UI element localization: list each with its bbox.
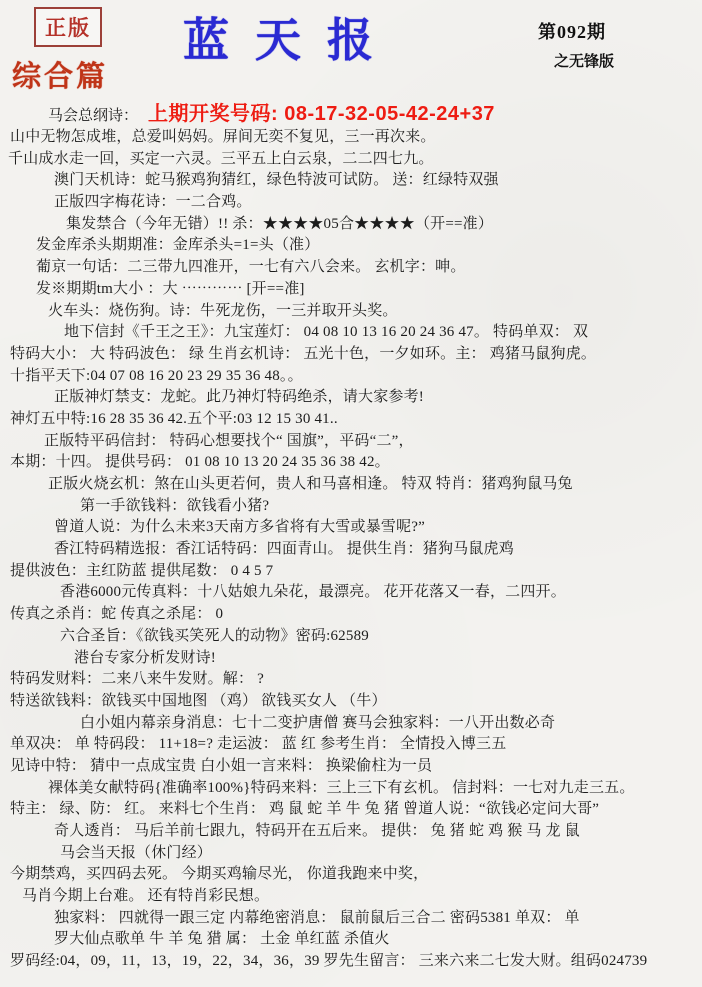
line-text: 正版特平码信封： 特码心想要找个“ 国旗”，平码“二”，	[44, 433, 414, 449]
line-text: 发※期期tm大小 ：大 ⋯⋯⋯⋯ [开==准]	[36, 281, 305, 297]
text-line: 独家料： 四就得一跟三定 内幕绝密消息： 鼠前鼠后三合二 密码5381 单双： …	[8, 908, 698, 930]
line-text: 白小姐内幕亲身消息：七十二变护唐僧 赛马会独家料：一八开出数必奇	[80, 715, 555, 731]
text-line: 神灯五中特:16 28 35 36 42.五个平:03 12 15 30 41.…	[8, 409, 698, 431]
text-line: 香港6000元传真料：十八姑娘九朵花，最漂亮。 花开花落又一春，二四开。	[8, 582, 698, 604]
line-text: 特码发财料：二来八来牛发财。解： ?	[10, 671, 264, 687]
text-line: 十指平天下:04 07 08 16 20 23 29 35 36 48。。	[8, 366, 698, 388]
text-line: 曾道人说：为什么未来3天南方多省将有大雪或暴雪呢?”	[8, 517, 698, 539]
text-line: 今期禁鸡，买四码去死。 今期买鸡输尽光， 你道我跑来中奖，	[8, 864, 698, 886]
opening-line: 马会总纲诗： 上期开奖号码: 08-17-32-05-42-24+37	[8, 97, 698, 127]
line-text: 裸体美女献特码{准确率100%}特码来料：三上三下有玄机。 信封料：一七对九走三…	[48, 780, 635, 796]
line-text: 本期：十四。 提供号码： 01 08 10 13 20 24 35 36 38 …	[10, 454, 390, 470]
line-text: 罗大仙点歌单 牛 羊 兔 猎 属： 土金 单红蓝 杀值火	[54, 931, 390, 947]
text-line: 裸体美女献特码{准确率100%}特码来料：三上三下有玄机。 信封料：一七对九走三…	[8, 778, 698, 800]
line-text: 港台专家分析发财诗!	[74, 650, 216, 666]
line-text: 第一手欲钱料：欲钱看小猪?	[80, 498, 269, 514]
line-text: 香港6000元传真料：十八姑娘九朵花，最漂亮。 花开花落又一春，二四开。	[60, 584, 566, 600]
text-line: 正版四字梅花诗：一二合鸡。	[8, 192, 698, 214]
line-text: 澳门天机诗：蛇马猴鸡狗猜红，绿色特波可试防。 送：红绿特双强	[54, 172, 499, 188]
line-text: 马会当天报（休门经）	[60, 845, 212, 861]
text-line: 特送欲钱料：欲钱买中国地图 （鸡） 欲钱买女人 （牛）	[8, 691, 698, 713]
text-line: 传真之杀肖：蛇 传真之杀尾： 0	[8, 604, 698, 626]
text-line: 提供波色：主红防蓝 提供尾数： 0 4 5 7	[8, 561, 698, 583]
issue-number: 第092期	[538, 18, 614, 44]
line-text: 香江特码精选报：香江话特码：四面青山。 提供生肖：猪狗马鼠虎鸡	[54, 541, 514, 557]
text-line: 千山成水走一回，买定一六灵。三平五上白云泉，二二四七九。	[8, 149, 698, 171]
text-line: 罗大仙点歌单 牛 羊 兔 猎 属： 土金 单红蓝 杀值火	[8, 929, 698, 951]
text-line: 特码大小： 大 特码波色： 绿 生肖玄机诗： 五光十色，一夕如环。主： 鸡猪马鼠…	[8, 344, 698, 366]
line-text: 山中无物怎成堆，总爱叫妈妈。屏间无奕不复见，三一再次来。	[10, 129, 436, 145]
line-text: 地下信封《千王之王》：九宝莲灯： 04 08 10 13 16 20 24 36…	[64, 324, 588, 340]
text-line: 白小姐内幕亲身消息：七十二变护唐僧 赛马会独家料：一八开出数必奇	[8, 713, 698, 735]
line-text: 千山成水走一回，买定一六灵。三平五上白云泉，二二四七九。	[8, 151, 434, 167]
line-text: 特码大小： 大 特码波色： 绿 生肖玄机诗： 五光十色，一夕如环。主： 鸡猪马鼠…	[10, 346, 596, 362]
line-text: 十指平天下:04 07 08 16 20 23 29 35 36 48。。	[10, 368, 303, 384]
text-line: 发金库杀头期期准：金库杀头=1=头（准）	[8, 235, 698, 257]
line-text: 正版四字梅花诗：一二合鸡。	[54, 194, 252, 210]
body-lines: 马会总纲诗： 上期开奖号码: 08-17-32-05-42-24+37 山中无物…	[8, 97, 698, 973]
line-text: 火车头：烧伤狗。诗：牛死龙伤，一三并取开头奖。	[48, 303, 398, 319]
line-text: 特主： 绿、防： 红。 来料七个生肖： 鸡 鼠 蛇 羊 牛 兔 猪 曾道人说：“…	[10, 801, 599, 817]
opening-label: 马会总纲诗：	[48, 104, 138, 125]
line-text: 独家料： 四就得一跟三定 内幕绝密消息： 鼠前鼠后三合二 密码5381 单双： …	[54, 910, 580, 926]
line-text: 罗码经:04，09，11，13，19，22，34，36，39 罗先生留言： 三来…	[10, 953, 647, 969]
line-text: 提供波色：主红防蓝 提供尾数： 0 4 5 7	[10, 563, 273, 579]
text-line: 正版神灯禁支：龙蛇。此乃神灯特码绝杀，请大家参考!	[8, 387, 698, 409]
last-draw-numbers: 上期开奖号码: 08-17-32-05-42-24+37	[148, 97, 495, 126]
line-text: 集发禁合（今年无错）!! 杀：★★★★05合★★★★（开==准）	[66, 216, 493, 232]
text-line: 见诗中特： 猜中一点成宝贵 白小姐一言来料： 换梁偷柱为一员	[8, 756, 698, 778]
text-line: 六合圣旨：《欲钱买笑死人的动物》密码:62589	[8, 626, 698, 648]
text-line: 奇人透肖： 马后羊前七跟九，特码开在五后来。 提供： 兔 猪 蛇 鸡 猴 马 龙…	[8, 821, 698, 843]
line-text: 神灯五中特:16 28 35 36 42.五个平:03 12 15 30 41.…	[10, 411, 338, 427]
text-line: 本期：十四。 提供号码： 01 08 10 13 20 24 35 36 38 …	[8, 452, 698, 474]
text-line: 澳门天机诗：蛇马猴鸡狗猜红，绿色特波可试防。 送：红绿特双强	[8, 170, 698, 192]
text-line: 香江特码精选报：香江话特码：四面青山。 提供生肖：猪狗马鼠虎鸡	[8, 539, 698, 561]
line-text: 正版火烧玄机：煞在山头更若何，贵人和马喜相逢。 特双 特肖：猪鸡狗鼠马兔	[48, 476, 573, 492]
text-line: 特码发财料：二来八来牛发财。解： ?	[8, 669, 698, 691]
text-line: 葡京一句话：二三带九四准开，一七有六八会来。 玄机字：呻。	[8, 257, 698, 279]
newspaper-page: 正版 蓝天报 第092期 之无锋版 综合篇 马会总纲诗： 上期开奖号码: 08-…	[0, 0, 702, 987]
text-line: 山中无物怎成堆，总爱叫妈妈。屏间无奕不复见，三一再次来。	[8, 127, 698, 149]
text-line: 火车头：烧伤狗。诗：牛死龙伤，一三并取开头奖。	[8, 301, 698, 323]
text-line: 地下信封《千王之王》：九宝莲灯： 04 08 10 13 16 20 24 36…	[8, 322, 698, 344]
text-line: 正版特平码信封： 特码心想要找个“ 国旗”，平码“二”，	[8, 431, 698, 453]
text-line: 发※期期tm大小 ：大 ⋯⋯⋯⋯ [开==准]	[8, 279, 698, 301]
text-line: 特主： 绿、防： 红。 来料七个生肖： 鸡 鼠 蛇 羊 牛 兔 猪 曾道人说：“…	[8, 799, 698, 821]
line-text: 六合圣旨：《欲钱买笑死人的动物》密码:62589	[60, 628, 369, 644]
text-line: 单双决： 单 特码段： 11+18=? 走运波： 蓝 红 参考生肖： 全情投入博…	[8, 734, 698, 756]
edition-name: 之无锋版	[554, 50, 614, 71]
line-text: 奇人透肖： 马后羊前七跟九，特码开在五后来。 提供： 兔 猪 蛇 鸡 猴 马 龙…	[54, 823, 580, 839]
line-text: 马肖今期上台难。 还有特肖彩民想。	[22, 888, 269, 904]
text-line: 集发禁合（今年无错）!! 杀：★★★★05合★★★★（开==准）	[8, 214, 698, 236]
text-line: 马肖今期上台难。 还有特肖彩民想。	[8, 886, 698, 908]
line-text: 传真之杀肖：蛇 传真之杀尾： 0	[10, 606, 223, 622]
line-text: 葡京一句话：二三带九四准开，一七有六八会来。 玄机字：呻。	[36, 259, 466, 275]
line-text: 发金库杀头期期准：金库杀头=1=头（准）	[36, 237, 319, 253]
text-line: 罗码经:04，09，11，13，19，22，34，36，39 罗先生留言： 三来…	[8, 951, 698, 973]
section-title: 综合篇	[12, 54, 108, 95]
text-line: 港台专家分析发财诗!	[8, 648, 698, 670]
line-text: 正版神灯禁支：龙蛇。此乃神灯特码绝杀，请大家参考!	[54, 389, 424, 405]
line-text: 见诗中特： 猜中一点成宝贵 白小姐一言来料： 换梁偷柱为一员	[10, 758, 432, 774]
line-text: 特送欲钱料：欲钱买中国地图 （鸡） 欲钱买女人 （牛）	[10, 693, 387, 709]
text-line: 马会当天报（休门经）	[8, 843, 698, 865]
line-text: 单双决： 单 特码段： 11+18=? 走运波： 蓝 红 参考生肖： 全情投入博…	[10, 736, 506, 752]
line-text: 曾道人说：为什么未来3天南方多省将有大雪或暴雪呢?”	[54, 519, 425, 535]
issue-block: 第092期 之无锋版	[538, 18, 614, 71]
text-line: 正版火烧玄机：煞在山头更若何，贵人和马喜相逢。 特双 特肖：猪鸡狗鼠马兔	[8, 474, 698, 496]
text-line: 第一手欲钱料：欲钱看小猪?	[8, 496, 698, 518]
line-text: 今期禁鸡，买四码去死。 今期买鸡输尽光， 你道我跑来中奖，	[10, 866, 428, 882]
